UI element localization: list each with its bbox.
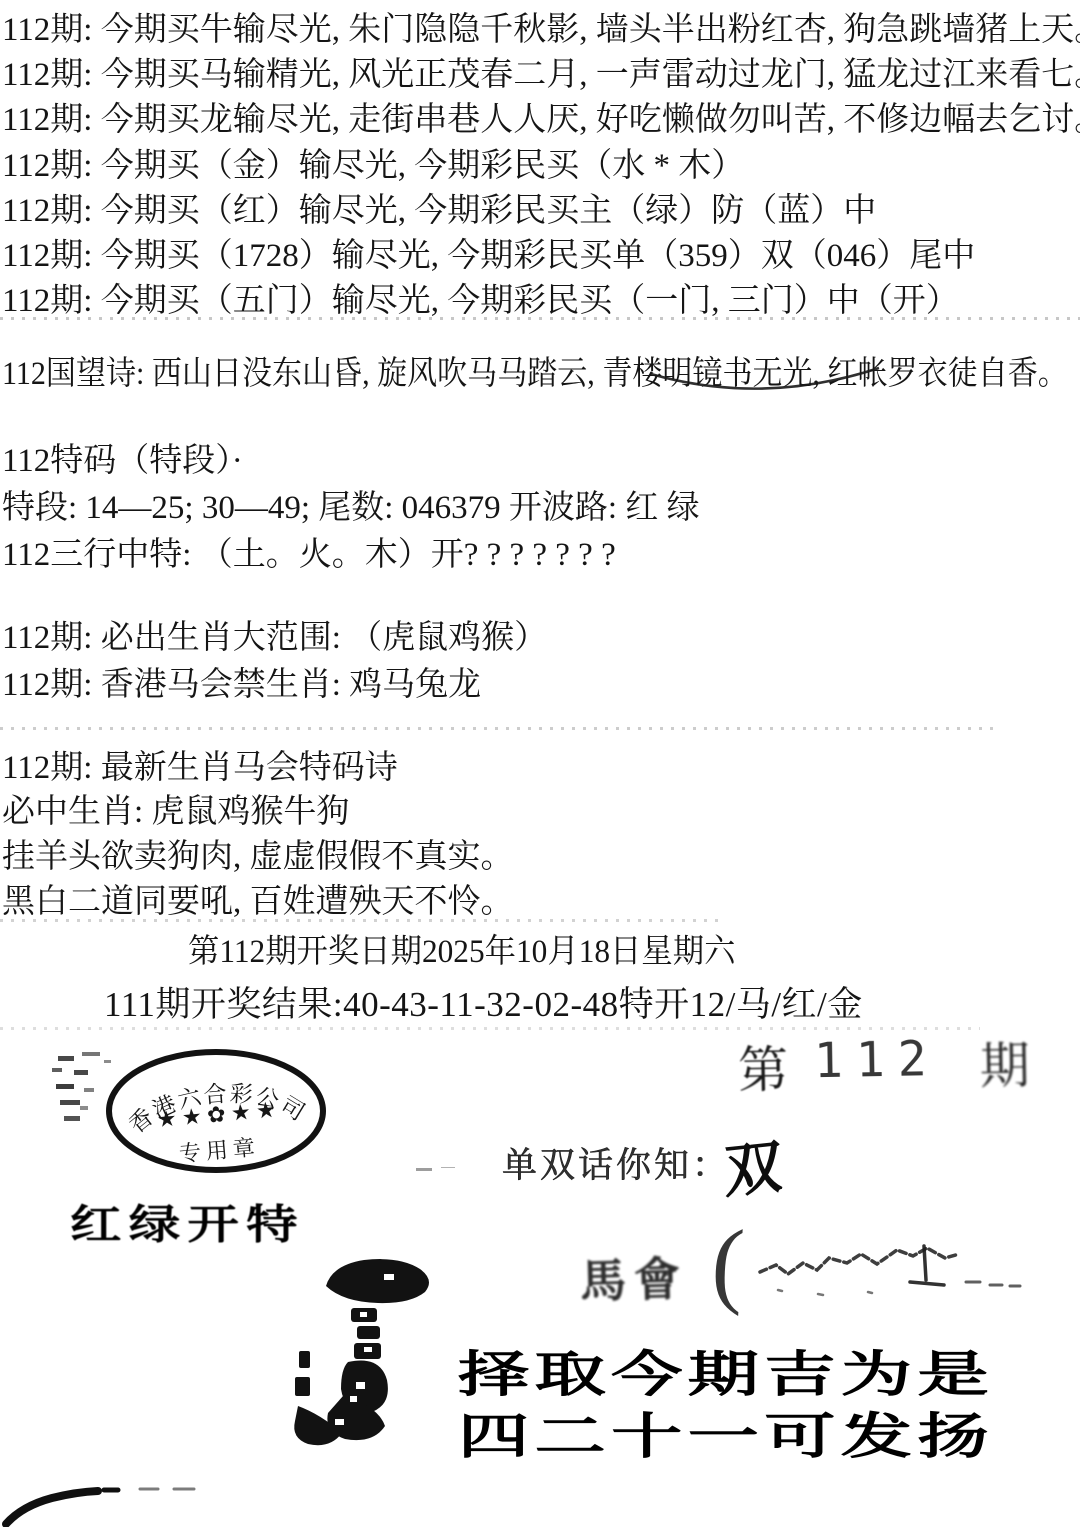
issue-suffix: 期: [979, 1025, 1030, 1098]
three-row-special: 112三行中特: （土。火。木）开? ? ? ? ? ? ?: [2, 537, 616, 574]
odd-even-label: 单双话你知：: [502, 1138, 730, 1188]
stray-ink-dash: [416, 1168, 432, 1171]
issue-number-stamp: 第 112 期: [737, 1025, 1030, 1102]
stamp-bottom-text: 专用章: [178, 1134, 261, 1166]
tip-line-3: 112期: 今期买龙输尽光, 走街串巷人人厌, 好吃懒做勿叫苦, 不修边幅去乞讨…: [2, 102, 1080, 139]
scan-noise-band: [0, 727, 1000, 730]
tip-line-6: 112期: 今期买（1728）输尽光, 今期彩民买单（359）双（046）尾中: [2, 238, 975, 275]
snake-icon: [288, 1256, 440, 1452]
scanned-lottery-tip-sheet: { "page": {"bg": "#ffffff", "ink": "#161…: [0, 0, 1080, 1527]
scan-noise-band: [0, 919, 720, 922]
tip-line-1: 112期: 今期买牛输尽光, 朱门隐隐千秋影, 墙头半出粉红杏, 狗急跳墙猪上天…: [2, 12, 1080, 49]
scan-noise-band: [0, 317, 1080, 320]
poem2-title: 112期: 最新生肖马会特码诗: [2, 750, 398, 787]
tip-line-5: 112期: 今期买（红）输尽光, 今期彩民买主（绿）防（蓝）中: [2, 193, 876, 230]
last-result-line: 111期开奖结果:40-43-11-32-02-48特开12/马/红/金: [104, 985, 863, 1024]
zodiac-ban-line: 112期: 香港马会禁生肖: 鸡马兔龙: [2, 667, 481, 704]
issue-prefix: 第: [737, 1030, 788, 1103]
poem2-zodiac: 必中生肖: 虎鼠鸡猴牛狗: [2, 794, 349, 831]
poem2-line2: 黑白二道同要吼, 百姓遭殃天不怜。: [2, 884, 514, 921]
corner-stroke-icon: [0, 1478, 240, 1527]
scribble-marks: [698, 1206, 1038, 1346]
tip-line-4: 112期: 今期买（金）输尽光, 今期彩民买（水 * 木）: [2, 148, 744, 185]
poem-line: 112国望诗: 西山日没东山昏, 旋风吹马马踏云, 青楼明镜书无光, 红帐罗衣徒…: [2, 356, 1068, 393]
draw-date-line: 第112期开奖日期2025年10月18日星期六: [188, 934, 735, 971]
issue-number: 112: [813, 1031, 940, 1089]
ink-smudge: [44, 1048, 116, 1126]
slogan-line-2: 四二十一可发扬: [458, 1398, 994, 1467]
special-header: 112特码（特段）·: [2, 443, 243, 480]
slogan-line-1: 择取今期吉为是: [458, 1336, 994, 1405]
zodiac-range-line: 112期: 必出生肖大范围: （虎鼠鸡猴）: [2, 620, 547, 657]
special-segments: 特段: 14—25; 30—49; 尾数: 046379 开波路: 红 绿: [2, 490, 700, 527]
odd-even-value: 双: [723, 1119, 784, 1209]
company-stamp: 香港六合彩公司 ★ ★ ✿ ★ ★ 专用章: [100, 1046, 332, 1176]
tip-line-2: 112期: 今期买马输精光, 风光正茂春二月, 一声雷动过龙门, 猛龙过江来看七…: [2, 57, 1080, 94]
scribble-text: 馬會: [579, 1243, 689, 1312]
poem2-line1: 挂羊头欲卖狗肉, 虚虚假假不真实。: [2, 839, 514, 876]
scan-noise-band: [0, 1027, 980, 1030]
tip-line-7: 112期: 今期买（五门）输尽光, 今期彩民买（一门, 三门）中（开）: [2, 283, 959, 320]
red-green-title: 红绿开特: [70, 1192, 305, 1251]
underline-arc: [645, 362, 885, 408]
